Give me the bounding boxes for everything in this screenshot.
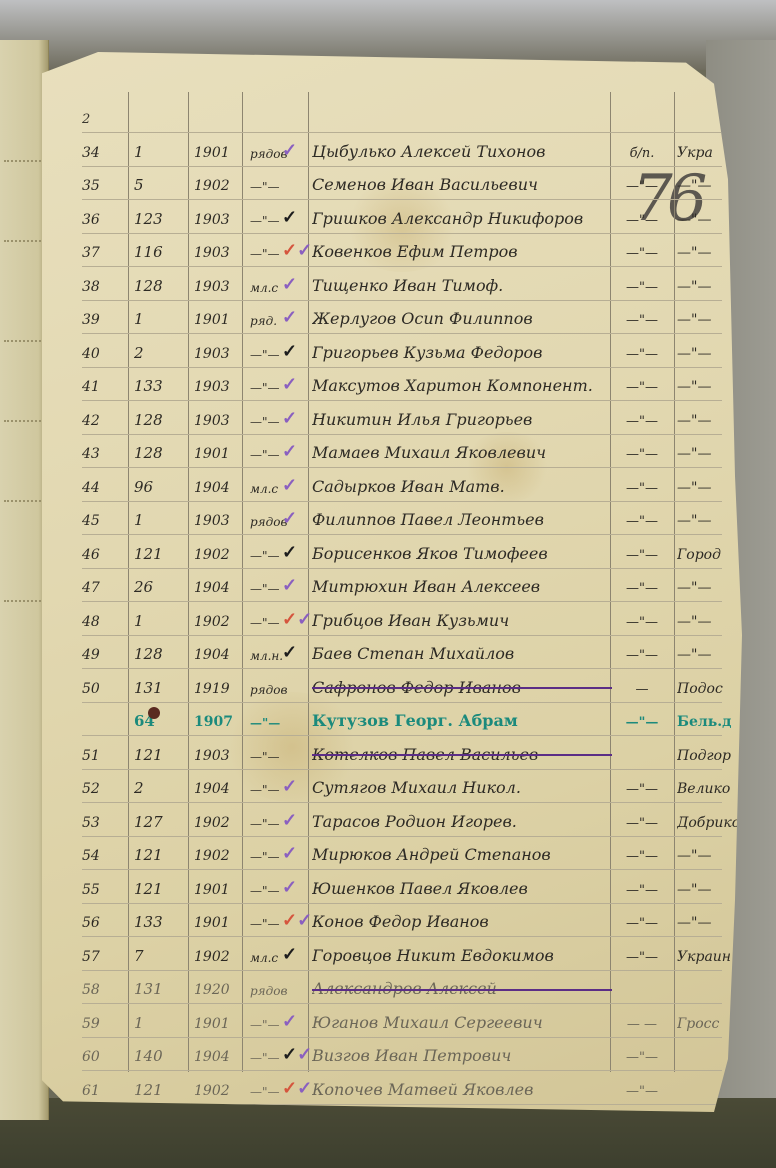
entry-number: 46 [82,547,124,563]
check-mark-icon: ✓✓ [282,1044,318,1065]
soldier-name: Жерлугов Осип Филиппов [312,309,612,328]
check-mark-icon: ✓ [282,843,318,864]
regiment-number: 116 [134,243,184,261]
call-up-year: 1901 [194,446,244,462]
call-up-year: 1902 [194,547,244,563]
status-column: —"— [612,280,672,295]
soldier-name: Визгов Иван Петрович [312,1046,612,1065]
regiment-number: 128 [134,444,184,462]
check-mark-icon: ✓ [282,877,318,898]
status-column: —"— [612,414,672,429]
regiment-number: 127 [134,813,184,831]
entry-number: 60 [82,1049,124,1065]
rank: —"— [250,716,298,730]
status-column: —"— [612,615,672,630]
status-column: —"— [612,213,672,228]
soldier-name: Ковенков Ефим Петров [312,242,612,261]
call-up-year: 1901 [194,882,244,898]
call-up-year: 1901 [194,145,244,161]
call-up-year: 1904 [194,647,244,663]
call-up-year: 1903 [194,279,244,295]
status-column: —"— [612,1050,672,1065]
roster-entry-row: 4811902—"—Грибцов Иван Кузьмич—"——"—✓✓ [82,602,722,636]
regiment-number: 128 [134,411,184,429]
call-up-year: 1903 [194,212,244,228]
soldier-name: Конов Федор Иванов [312,912,612,931]
regiment-number: 121 [134,880,184,898]
roster-entry-row: 491281904мл.н.Баев Степан Михайлов—"——"—… [82,636,722,670]
soldier-name: Кутузов Георг. Абрам [312,711,612,730]
entry-number: 49 [82,647,124,663]
ink-blot [148,707,160,719]
check-mark-icon: ✓ [282,475,318,496]
entry-number: 48 [82,614,124,630]
call-up-year: 1903 [194,413,244,429]
call-up-year: 1902 [194,1083,244,1099]
entry-number: 37 [82,245,124,261]
roster-table: 2 3411901рядовЦыбулько Алексей Тихоновб/… [82,92,722,1138]
roster-entry-row: 5221904—"—Сутягов Михаил Никол.—"—Велико… [82,770,722,804]
entry-number: 38 [82,279,124,295]
entry-number: 52 [82,781,124,797]
entry-number: 54 [82,848,124,864]
check-mark-icon: ✓ [282,274,318,295]
check-mark-icon: ✓ [282,508,318,529]
entry-number: 36 [82,212,124,228]
soldier-name: Баев Степан Михайлов [312,644,612,663]
rank: —"— [250,180,298,194]
entry-number: 43 [82,446,124,462]
roster-entry-row: 641907—"—Кутузов Георг. Абрам—"—Бель.д [82,703,722,737]
regiment-number: 131 [134,980,184,998]
soldier-name: Митрюхин Иван Алексеев [312,577,612,596]
status-column: —"— [612,715,672,730]
regiment-number: 1 [134,310,184,328]
call-up-year: 1902 [194,815,244,831]
entry-number: 40 [82,346,124,362]
roster-entry-row: 381281903мл.сТищенко Иван Тимоф.—"——"—✓ [82,267,722,301]
roster-entry-row: 44961904мл.сСадырков Иван Матв.—"——"—✓ [82,468,722,502]
check-mark-icon: ✓ [282,1011,318,1032]
dotted-line [4,600,44,602]
status-column: —"— [612,548,672,563]
soldier-name: Копочев Матвей Яковлев [312,1080,612,1099]
entry-number: 57 [82,949,124,965]
soldier-name: Сафронов Федор Иванов [312,678,612,697]
entry-number: 61 [82,1083,124,1099]
call-up-year: 1901 [194,312,244,328]
soldier-name: Мирюков Андрей Степанов [312,845,612,864]
check-mark-icon: ✓ [282,341,318,362]
page-header-fragment: 2 [82,112,124,127]
regiment-number: 128 [134,645,184,663]
status-column: — — [612,1017,672,1032]
regiment-number: 133 [134,377,184,395]
call-up-year: 1903 [194,748,244,764]
status-column: —"— [612,179,672,194]
entry-number: 47 [82,580,124,596]
regiment-number: 133 [134,913,184,931]
entry-number: 34 [82,145,124,161]
roster-entry-row: 501311919рядовСафронов Федор Иванов—Подо… [82,669,722,703]
regiment-number: 121 [134,545,184,563]
entry-number: 39 [82,312,124,328]
regiment-number: 131 [134,679,184,697]
entry-number: 44 [82,480,124,496]
status-column: — [612,682,672,697]
check-mark-icon: ✓ [282,307,318,328]
roster-entry-row: 611211902—"—Копочев Матвей Яковлев—"—✓✓ [82,1071,722,1105]
soldier-name: Мамаев Михаил Яковлевич [312,443,612,462]
roster-entry-row: 561331901—"—Конов Федор Иванов—"——"—✓✓ [82,904,722,938]
roster-entry-row: 47261904—"—Митрюхин Иван Алексеев—"——"—✓ [82,569,722,603]
status-column: —"— [612,313,672,328]
dotted-line [4,500,44,502]
roster-entry-row: 4021903—"—Григорьев Кузьма Федоров—"——"—… [82,334,722,368]
soldier-name: Гришков Александр Никифоров [312,209,612,228]
soldier-name: Котелков Павел Васильев [312,745,612,764]
regiment-number: 2 [134,779,184,797]
soldier-name: Семенов Иван Васильевич [312,175,612,194]
roster-entry-row: 411331903—"—Максутов Харитон Компонент.—… [82,368,722,402]
rank: рядов [250,984,298,998]
roster-entry-row: 551211901—"—Юшенков Павел Яковлев—"——"—✓ [82,870,722,904]
roster-entry-row: 5771902мл.сГоровцов Никит Евдокимов—"—Ук… [82,937,722,971]
roster-rows: 3411901рядовЦыбулько Алексей Тихоновб/п.… [82,133,722,1138]
soldier-name: Сутягов Михаил Никол. [312,778,612,797]
call-up-year: 1902 [194,178,244,194]
roster-entry-row: 421281903—"—Никитин Илья Григорьев—"——"—… [82,401,722,435]
soldier-name: Филиппов Павел Леонтьев [312,510,612,529]
regiment-number: 5 [134,176,184,194]
roster-entry-row: 601401904—"—Визгов Иван Петрович—"—✓✓ [82,1038,722,1072]
roster-entry-row: 3911901ряд.Жерлугов Осип Филиппов—"——"—✓ [82,301,722,335]
call-up-year: 1904 [194,580,244,596]
roster-entry-row: 5911901—"—Юганов Михаил Сергеевич— —Грос… [82,1004,722,1038]
call-up-year: 1903 [194,513,244,529]
entry-number: 58 [82,982,124,998]
dotted-line [4,160,44,162]
regiment-number: 1 [134,511,184,529]
status-column: —"— [612,514,672,529]
entry-number: 45 [82,513,124,529]
dotted-line [4,240,44,242]
roster-entry-row: 3411901рядовЦыбулько Алексей Тихоновб/п.… [82,133,722,167]
call-up-year: 1902 [194,848,244,864]
status-column: —"— [612,481,672,496]
status-column: —"— [612,950,672,965]
entry-number: 35 [82,178,124,194]
check-mark-icon: ✓ [282,408,318,429]
soldier-name: Грибцов Иван Кузьмич [312,611,612,630]
call-up-year: 1920 [194,982,244,998]
regiment-number: 2 [134,344,184,362]
status-column: —"— [612,916,672,931]
status-column: —"— [612,816,672,831]
roster-entry-row: 371161903—"—Ковенков Ефим Петров—"——"—✓✓ [82,234,722,268]
entry-number: 41 [82,379,124,395]
check-mark-icon: ✓✓ [282,1078,318,1099]
regiment-number: 121 [134,846,184,864]
soldier-name: Александров Алексей [312,979,612,998]
status-column: б/п. [612,146,672,161]
call-up-year: 1903 [194,346,244,362]
regiment-number: 1 [134,1014,184,1032]
soldier-name: Юганов Михаил Сергеевич [312,1013,612,1032]
call-up-year: 1903 [194,245,244,261]
soldier-name: Садырков Иван Матв. [312,477,612,496]
roster-entry-row: 361231903—"—Гришков Александр Никифоров—… [82,200,722,234]
regiment-number: 96 [134,478,184,496]
status-column: —"— [612,447,672,462]
call-up-year: 1904 [194,781,244,797]
check-mark-icon: ✓ [282,207,318,228]
check-mark-icon: ✓ [282,140,318,161]
entry-number: 55 [82,882,124,898]
header-row: 2 [82,92,722,133]
regiment-number: 128 [134,277,184,295]
call-up-year: 1904 [194,1049,244,1065]
rank: —"— [250,750,298,764]
soldier-name: Горовцов Никит Евдокимов [312,946,612,965]
entry-number: 53 [82,815,124,831]
roster-entry-row: 541211902—"—Мирюков Андрей Степанов—"——"… [82,837,722,871]
soldier-name: Тарасов Родион Игорев. [312,812,612,831]
soldier-name: Григорьев Кузьма Федоров [312,343,612,362]
status-column: —"— [612,581,672,596]
check-mark-icon: ✓ [282,810,318,831]
status-column: —"— [612,246,672,261]
regiment-number: 7 [134,947,184,965]
regiment-number: 123 [134,210,184,228]
dotted-line [4,420,44,422]
soldier-name: Максутов Харитон Компонент. [312,376,612,395]
regiment-number: 1 [134,143,184,161]
check-mark-icon: ✓✓ [282,609,318,630]
check-mark-icon: ✓ [282,776,318,797]
call-up-year: 1907 [194,714,244,730]
rank: рядов [250,683,298,697]
status-column: —"— [612,883,672,898]
status-column: —"— [612,648,672,663]
check-mark-icon: ✓ [282,542,318,563]
roster-entry-row: 4511903рядовФилиппов Павел Леонтьев—"——"… [82,502,722,536]
entry-number: 51 [82,748,124,764]
call-up-year: 1919 [194,681,244,697]
status-column: —"— [612,380,672,395]
soldier-name: Тищенко Иван Тимоф. [312,276,612,295]
regiment-number: 1 [134,612,184,630]
status-column: —"— [612,849,672,864]
soldier-name: Борисенков Яков Тимофеев [312,544,612,563]
call-up-year: 1902 [194,949,244,965]
soldier-name: Никитин Илья Григорьев [312,410,612,429]
roster-entry-row: 581311920рядовАлександров Алексей [82,971,722,1005]
roster-entry-row: 461211902—"—Борисенков Яков Тимофеев—"—Г… [82,535,722,569]
check-mark-icon: ✓ [282,642,318,663]
regiment-number: 121 [134,746,184,764]
status-column: —"— [612,782,672,797]
call-up-year: 1902 [194,614,244,630]
roster-entry-row: 3551902—"—Семенов Иван Васильевич—"——"— [82,167,722,201]
status-column: —"— [612,1084,672,1099]
regiment-number: 121 [134,1081,184,1099]
regiment-number: 140 [134,1047,184,1065]
soldier-name: Юшенков Павел Яковлев [312,879,612,898]
regiment-number: 26 [134,578,184,596]
roster-sheet: 76 2 3411901рядовЦыбулько Алексей Тихоно… [42,52,742,1112]
left-adjacent-page [0,40,49,1120]
call-up-year: 1903 [194,379,244,395]
check-mark-icon: ✓ [282,441,318,462]
check-mark-icon: ✓ [282,575,318,596]
call-up-year: 1904 [194,480,244,496]
roster-entry-row: 511211903—"—Котелков Павел ВасильевПодго… [82,736,722,770]
check-mark-icon: ✓ [282,944,318,965]
call-up-year: 1901 [194,1016,244,1032]
entry-number: 42 [82,413,124,429]
entry-number: 50 [82,681,124,697]
roster-entry-row: 431281901—"—Мамаев Михаил Яковлевич—"——"… [82,435,722,469]
check-mark-icon: ✓✓ [282,910,318,931]
call-up-year: 1901 [194,915,244,931]
dotted-line [4,340,44,342]
roster-entry-row: 531271902—"—Тарасов Родион Игорев.—"—Доб… [82,803,722,837]
soldier-name: Цыбулько Алексей Тихонов [312,142,612,161]
check-mark-icon: ✓✓ [282,240,318,261]
entry-number: 59 [82,1016,124,1032]
check-mark-icon: ✓ [282,374,318,395]
entry-number: 56 [82,915,124,931]
status-column: —"— [612,347,672,362]
